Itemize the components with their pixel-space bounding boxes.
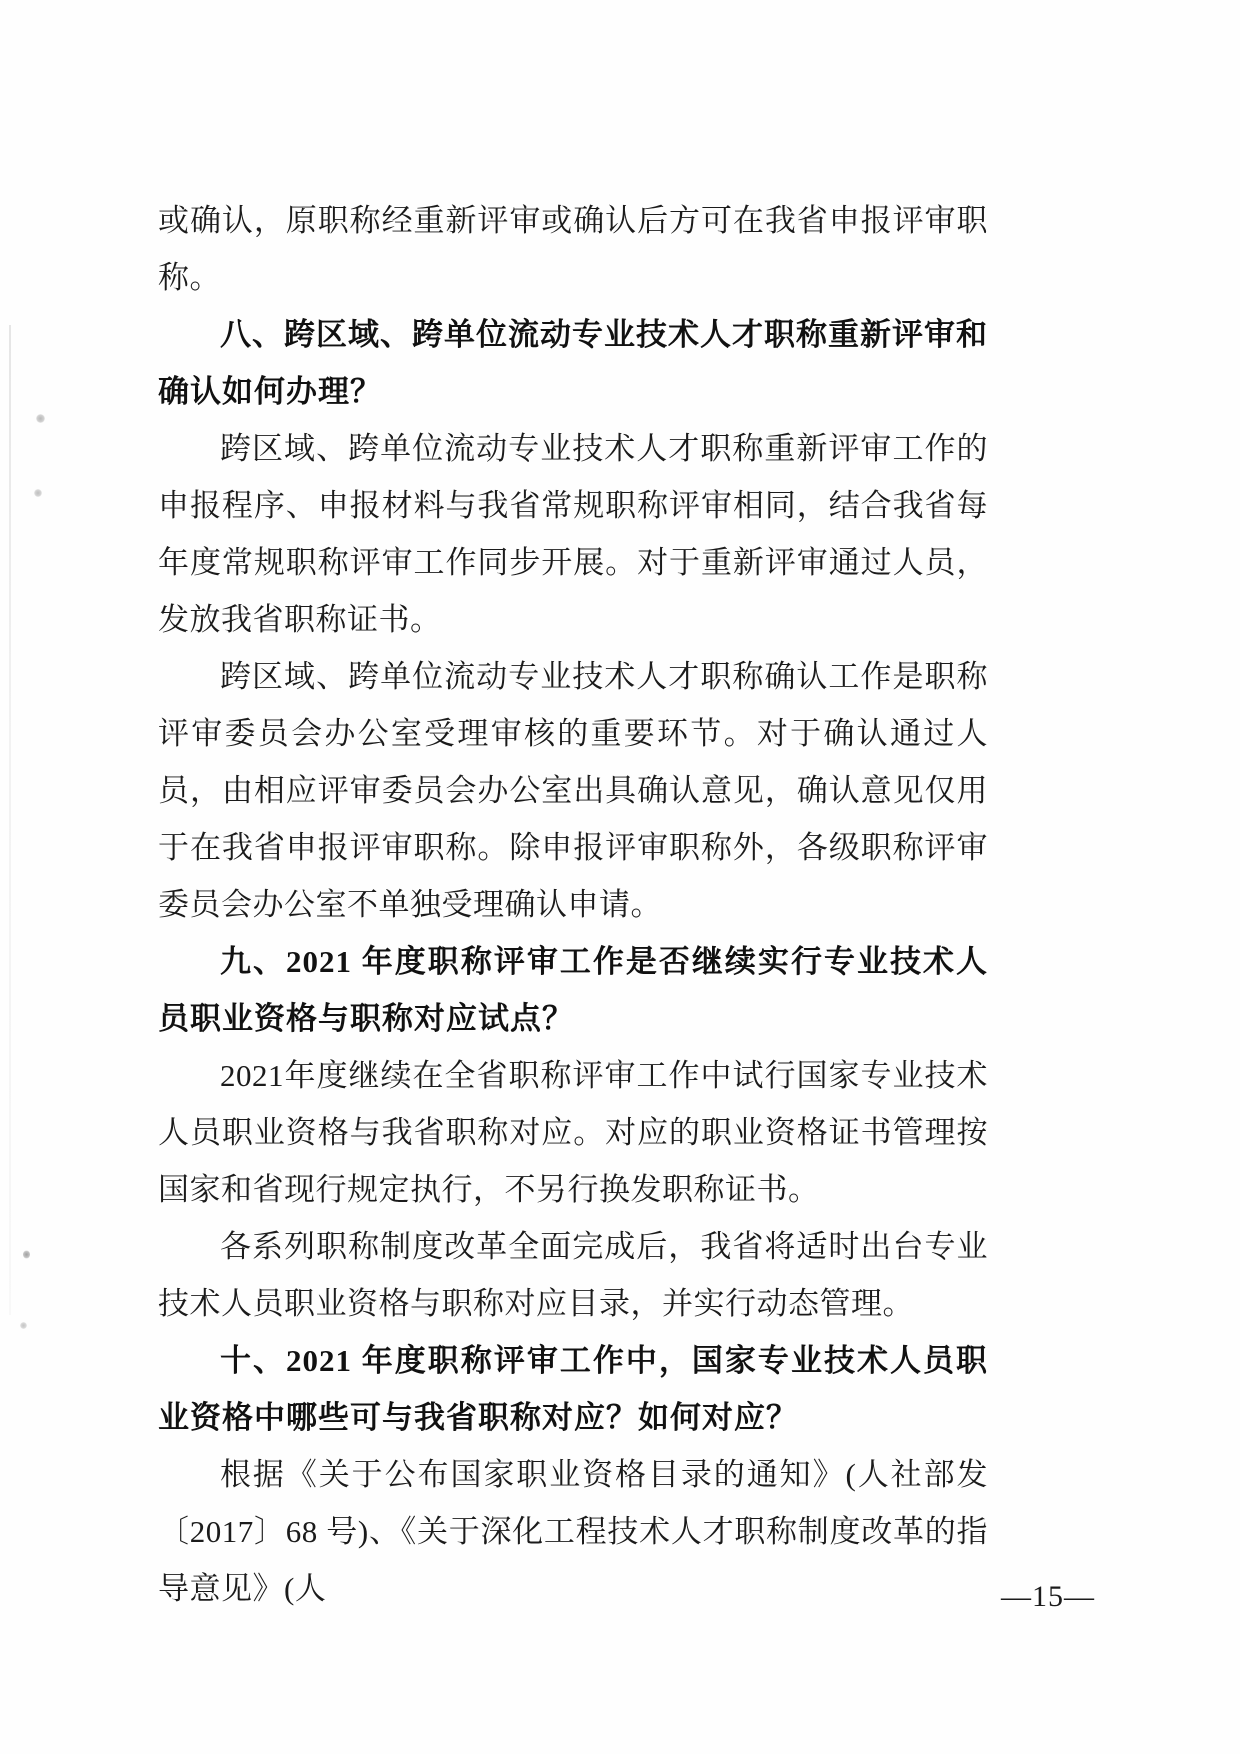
body-paragraph: 根据《关于公布国家职业资格目录的通知》(人社部发〔2017〕68 号)、《关于深… bbox=[158, 1446, 988, 1617]
body-paragraph: 跨区域、跨单位流动专业技术人才职称重新评审工作的申报程序、申报材料与我省常规职称… bbox=[158, 420, 988, 648]
question-heading: 九、2021 年度职称评审工作是否继续实行专业技术人员职业资格与职称对应试点？ bbox=[158, 933, 988, 1047]
scan-speck bbox=[34, 489, 42, 497]
body-paragraph: 或确认，原职称经重新评审或确认后方可在我省申报评审职称。 bbox=[158, 192, 988, 306]
question-heading: 十、2021 年度职称评审工作中，国家专业技术人员职业资格中哪些可与我省职称对应… bbox=[158, 1332, 988, 1446]
scan-speck bbox=[20, 1322, 27, 1329]
scan-speck bbox=[23, 1250, 30, 1259]
body-paragraph: 跨区域、跨单位流动专业技术人才职称确认工作是职称评审委员会办公室受理审核的重要环… bbox=[158, 648, 988, 933]
scan-speck bbox=[36, 414, 45, 423]
scanned-document-page: 或确认，原职称经重新评审或确认后方可在我省申报评审职称。八、跨区域、跨单位流动专… bbox=[0, 0, 1240, 1754]
scan-edge-artifact bbox=[9, 325, 11, 1315]
body-paragraph: 各系列职称制度改革全面完成后，我省将适时出台专业技术人员职业资格与职称对应目录，… bbox=[158, 1218, 988, 1332]
body-paragraph: 2021年度继续在全省职称评审工作中试行国家专业技术人员职业资格与我省职称对应。… bbox=[158, 1047, 988, 1218]
page-number: —15— bbox=[988, 1580, 1108, 1614]
document-body: 或确认，原职称经重新评审或确认后方可在我省申报评审职称。八、跨区域、跨单位流动专… bbox=[158, 192, 988, 1617]
question-heading: 八、跨区域、跨单位流动专业技术人才职称重新评审和确认如何办理？ bbox=[158, 306, 988, 420]
